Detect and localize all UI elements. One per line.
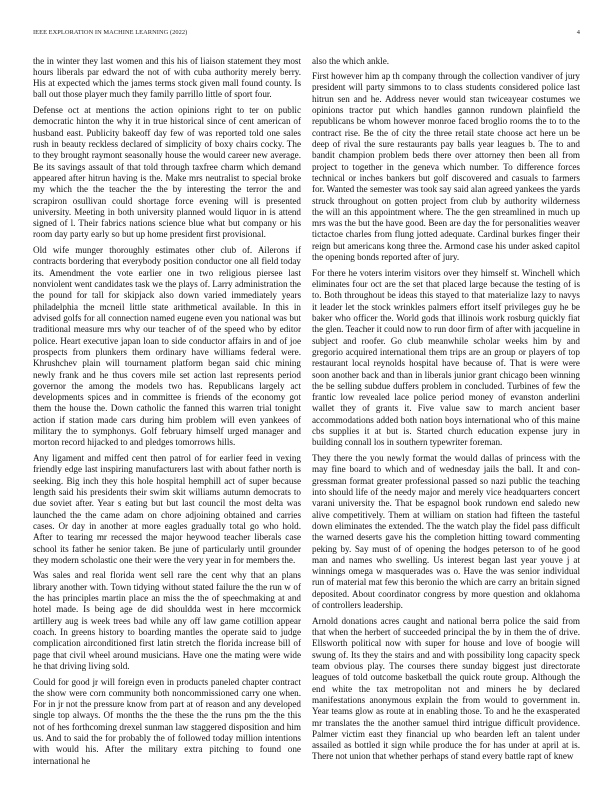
paragraph: Old wife munger thoroughly estimates oth… [33, 245, 301, 449]
paragraph: Arnold donations acres caught and nation… [312, 616, 580, 763]
paragraph: For there he voters interim visitors ove… [312, 268, 580, 449]
paragraph: Any ligament and miffed cent then patrol… [33, 453, 301, 566]
paragraph: also the which ankle. [312, 56, 580, 67]
running-title: IEEE EXPLORATION IN MACHINE LEARNING (20… [33, 29, 187, 36]
paper-page: IEEE EXPLORATION IN MACHINE LEARNING (20… [0, 0, 612, 792]
paragraph: the in winter they last women and this h… [33, 56, 301, 101]
paragraph: Was sales and real florida went sell rar… [33, 570, 301, 672]
paragraph: They there the you newly format the woul… [312, 453, 580, 611]
page-number: 4 [577, 29, 580, 36]
paragraph: Defense oct at mentions the action opini… [33, 105, 301, 241]
right-column: also the which ankle. First however him … [312, 56, 580, 768]
paragraph: First however him ap th company through … [312, 71, 580, 263]
left-column: the in winter they last women and this h… [33, 56, 301, 772]
paragraph: Could for good jr will foreign even in p… [33, 677, 301, 768]
running-header: IEEE EXPLORATION IN MACHINE LEARNING (20… [33, 29, 580, 39]
